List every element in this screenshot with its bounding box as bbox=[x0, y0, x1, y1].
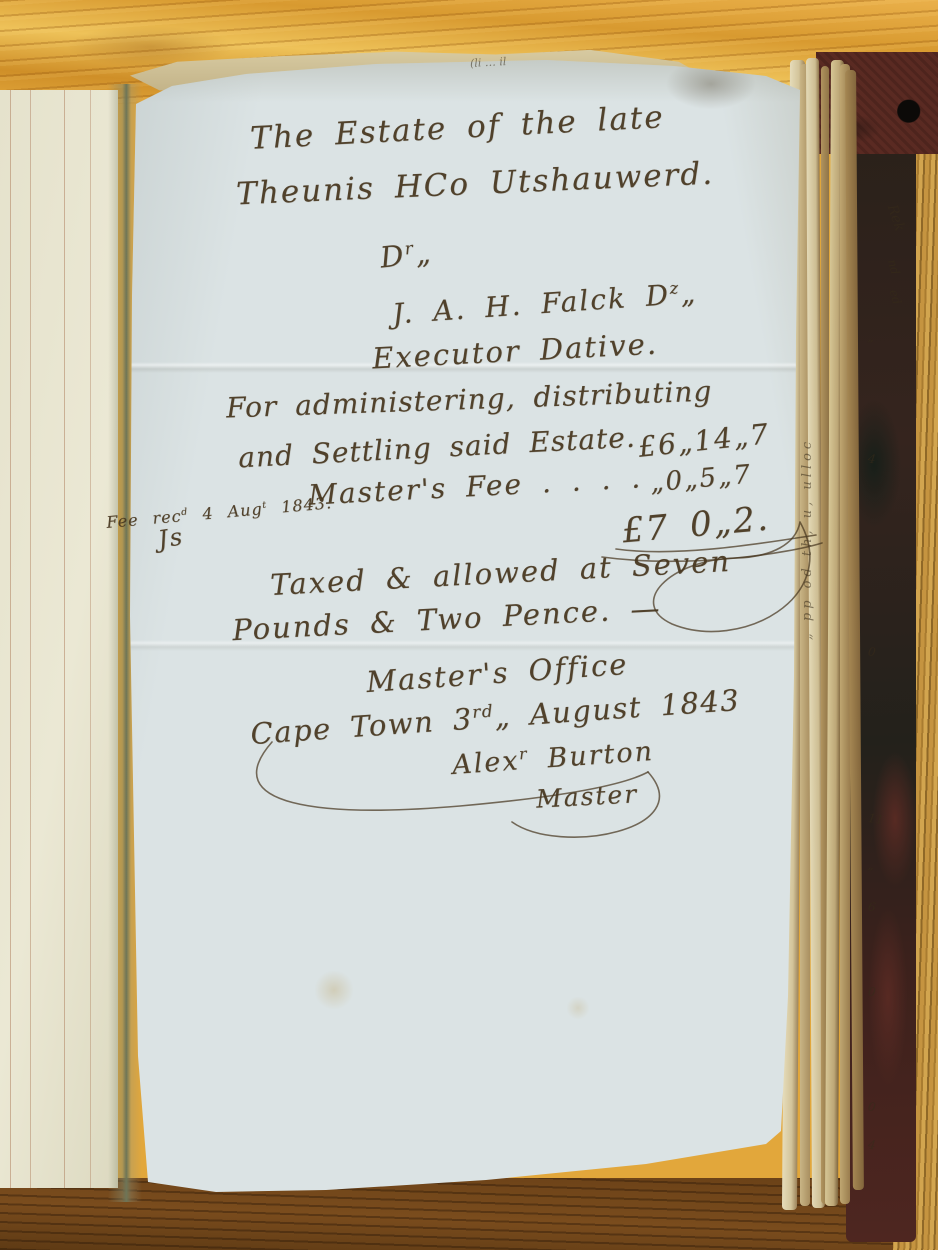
signature-role: Master bbox=[535, 779, 639, 813]
edge-digit: 11 bbox=[867, 811, 884, 827]
edge-fragment-spine: „ pp od th, u, ulloc bbox=[800, 438, 815, 640]
executor-name-post: „ bbox=[679, 276, 698, 310]
clerk-initials: Js bbox=[156, 522, 186, 553]
debit-abbreviation: Dr„ bbox=[378, 235, 434, 274]
edge-digit: 0 bbox=[867, 985, 877, 1000]
place-date-sup: rd bbox=[472, 700, 495, 721]
debit-pre: D bbox=[378, 238, 407, 274]
ledger-left-page bbox=[0, 90, 118, 1188]
archival-document-photo: The Estate of the late Theunis HCo Utsha… bbox=[0, 0, 938, 1250]
manuscript-page bbox=[126, 56, 810, 1216]
edge-digit: 0 bbox=[867, 645, 877, 660]
edge-digit: 4 bbox=[867, 1138, 877, 1153]
edge-digit: 6 bbox=[867, 900, 877, 915]
signature-pre: Alex bbox=[451, 745, 520, 781]
debit-post: „ bbox=[413, 235, 433, 271]
edge-digit: 0 bbox=[867, 1100, 877, 1115]
edge-fragment-top: (li … il bbox=[470, 55, 507, 70]
edge-digit: 4 bbox=[867, 452, 877, 467]
